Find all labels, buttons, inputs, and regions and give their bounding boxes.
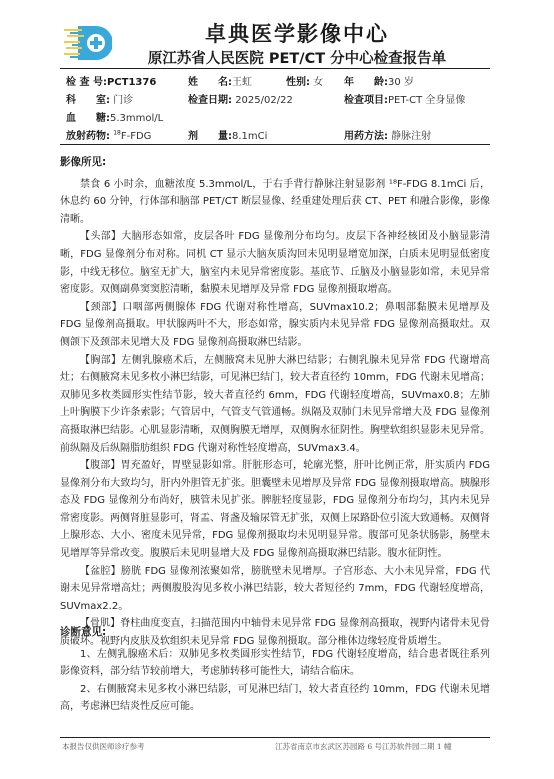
info-row-1: 检 查 号:PCT1376 姓 名:王虹 性别: 女 年 龄:30 岁: [66, 71, 490, 89]
findings-title: 影像所见:: [60, 154, 490, 172]
findings-intro: 禁食 6 小时余，血糖浓度 5.3mmol/L，于右手背行静脉注射显影剂 ¹⁸F…: [60, 176, 490, 229]
glucose-value: 5.3mmol/L: [110, 113, 163, 124]
center-title: 卓典医学影像中心: [0, 18, 554, 48]
exam-item-label: 检查项目:: [344, 95, 388, 106]
diagnosis-section: 诊断意见: 1、左侧乳腺癌术后：双肺见多枚类圆形实性结节，FDG 代谢轻度增高，…: [60, 624, 490, 716]
sex-label: 性别:: [286, 77, 310, 88]
exam-date-label: 检查日期:: [188, 95, 232, 106]
findings-section: 影像所见: 禁食 6 小时余，血糖浓度 5.3mmol/L，于右手背行静脉注射显…: [60, 154, 490, 651]
diagnosis-item-2: 2、右侧腋窝未见多枚小淋巴结影，可见淋巴结门，较大者直径约 10mm，FDG 代…: [60, 681, 490, 716]
exam-item-value: PET-CT 全身显像: [388, 95, 465, 106]
exam-no-value: PCT1376: [107, 77, 156, 88]
route-value: 静脉注射: [391, 131, 431, 142]
age-label: 年 龄:: [344, 77, 388, 88]
findings-pelvis: 【盆腔】膀胱 FDG 显像剂浓聚如常，膀胱壁未见增厚。子宫形态、大小未见异常，F…: [60, 563, 490, 616]
footer-disclaimer: 本报告仅供医师诊疗参考: [62, 741, 145, 752]
dose-value: 8.1mCi: [232, 131, 267, 142]
age-value: 30 岁: [388, 77, 414, 88]
diagnosis-item-1: 1、左侧乳腺癌术后：双肺见多枚类圆形实性结节，FDG 代谢轻度增高，结合患者既往…: [60, 646, 490, 681]
name-label: 姓 名:: [188, 77, 232, 88]
info-row-4: 放射药物: 18F-FDG 剂 量:8.1mCi 用药方法: 静脉注射: [66, 125, 490, 143]
findings-abdomen: 【腹部】胃充盈好，胃壁显影如常。肝脏形态可，轮廓光整，肝叶比例正常，肝实质内 F…: [60, 457, 490, 563]
tracer-value: F-FDG: [121, 131, 152, 142]
dose-label: 剂 量:: [188, 131, 232, 142]
glucose-label: 血 糖:: [66, 113, 110, 124]
findings-neck: 【颈部】口咽部两侧腺体 FDG 代谢对称性增高，SUVmax10.2；鼻咽部黏膜…: [60, 299, 490, 352]
dept-label: 科 室:: [66, 95, 110, 106]
exam-no-label: 检 查 号:: [66, 77, 107, 88]
info-divider: [60, 144, 490, 145]
tracer-label: 放射药物:: [66, 131, 110, 142]
header-divider: [60, 68, 490, 69]
name-value: 王虹: [232, 77, 252, 88]
patient-info-block: 检 查 号:PCT1376 姓 名:王虹 性别: 女 年 龄:30 岁 科 室:…: [66, 71, 490, 143]
dept-value: 门诊: [113, 95, 133, 106]
info-row-3: 血 糖:5.3mmol/L: [66, 107, 490, 125]
tracer-isotope-sup: 18: [113, 130, 121, 137]
route-label: 用药方法:: [344, 131, 388, 142]
exam-date-value: 2025/02/22: [235, 95, 293, 106]
footer-address: 江苏省南京市玄武区苏园路 6 号江苏软件园二期 1 幢: [275, 741, 452, 752]
report-subtitle: 原江苏省人民医院 PET/CT 分中心检查报告单: [0, 47, 554, 68]
findings-head: 【头部】大脑形态如常，皮层各叶 FDG 显像剂分布均匀。皮层下各神经核团及小脑显…: [60, 228, 490, 298]
footer-divider: [60, 737, 490, 738]
sex-value: 女: [313, 77, 323, 88]
info-row-2: 科 室: 门诊 检查日期: 2025/02/22 检查项目:PET-CT 全身显…: [66, 89, 490, 107]
diagnosis-title: 诊断意见:: [60, 624, 490, 642]
findings-chest: 【胸部】左侧乳腺癌术后，左侧腋窝未见肿大淋巴结影；右侧乳腺未见异常 FDG 代谢…: [60, 352, 490, 458]
